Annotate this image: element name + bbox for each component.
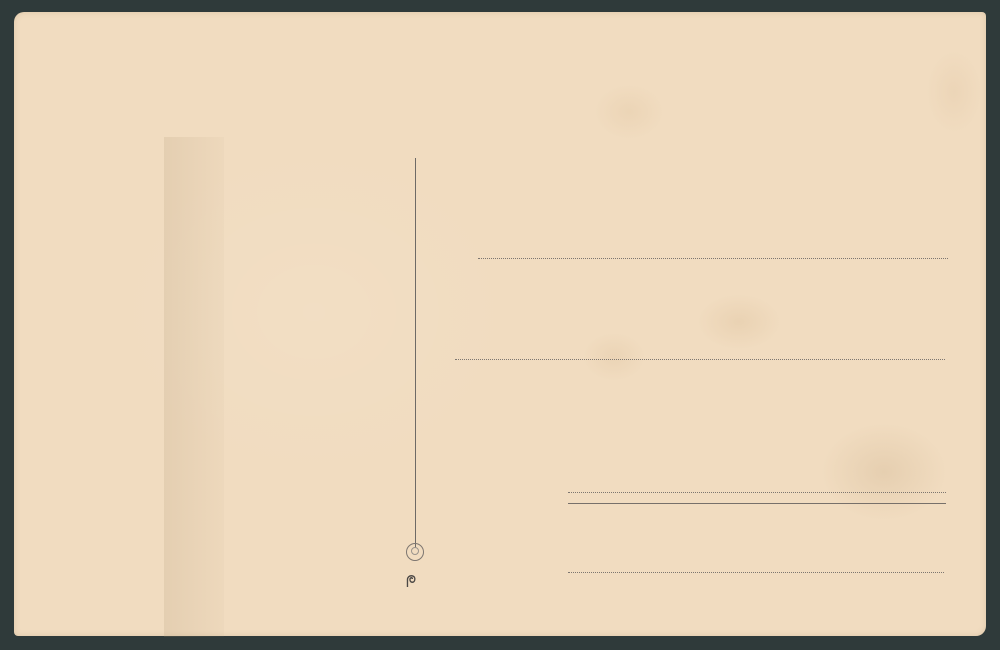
address-underline (568, 503, 946, 504)
postcard-back (14, 12, 986, 636)
address-line-1 (478, 258, 948, 259)
faded-stamp-shadow (164, 137, 224, 637)
address-line-2 (455, 359, 945, 360)
address-line-3 (568, 492, 946, 493)
center-divider-line (415, 158, 416, 548)
publisher-logo-icon (406, 543, 424, 561)
address-line-4 (568, 572, 944, 573)
publisher-mark: ᖘ (406, 574, 416, 590)
